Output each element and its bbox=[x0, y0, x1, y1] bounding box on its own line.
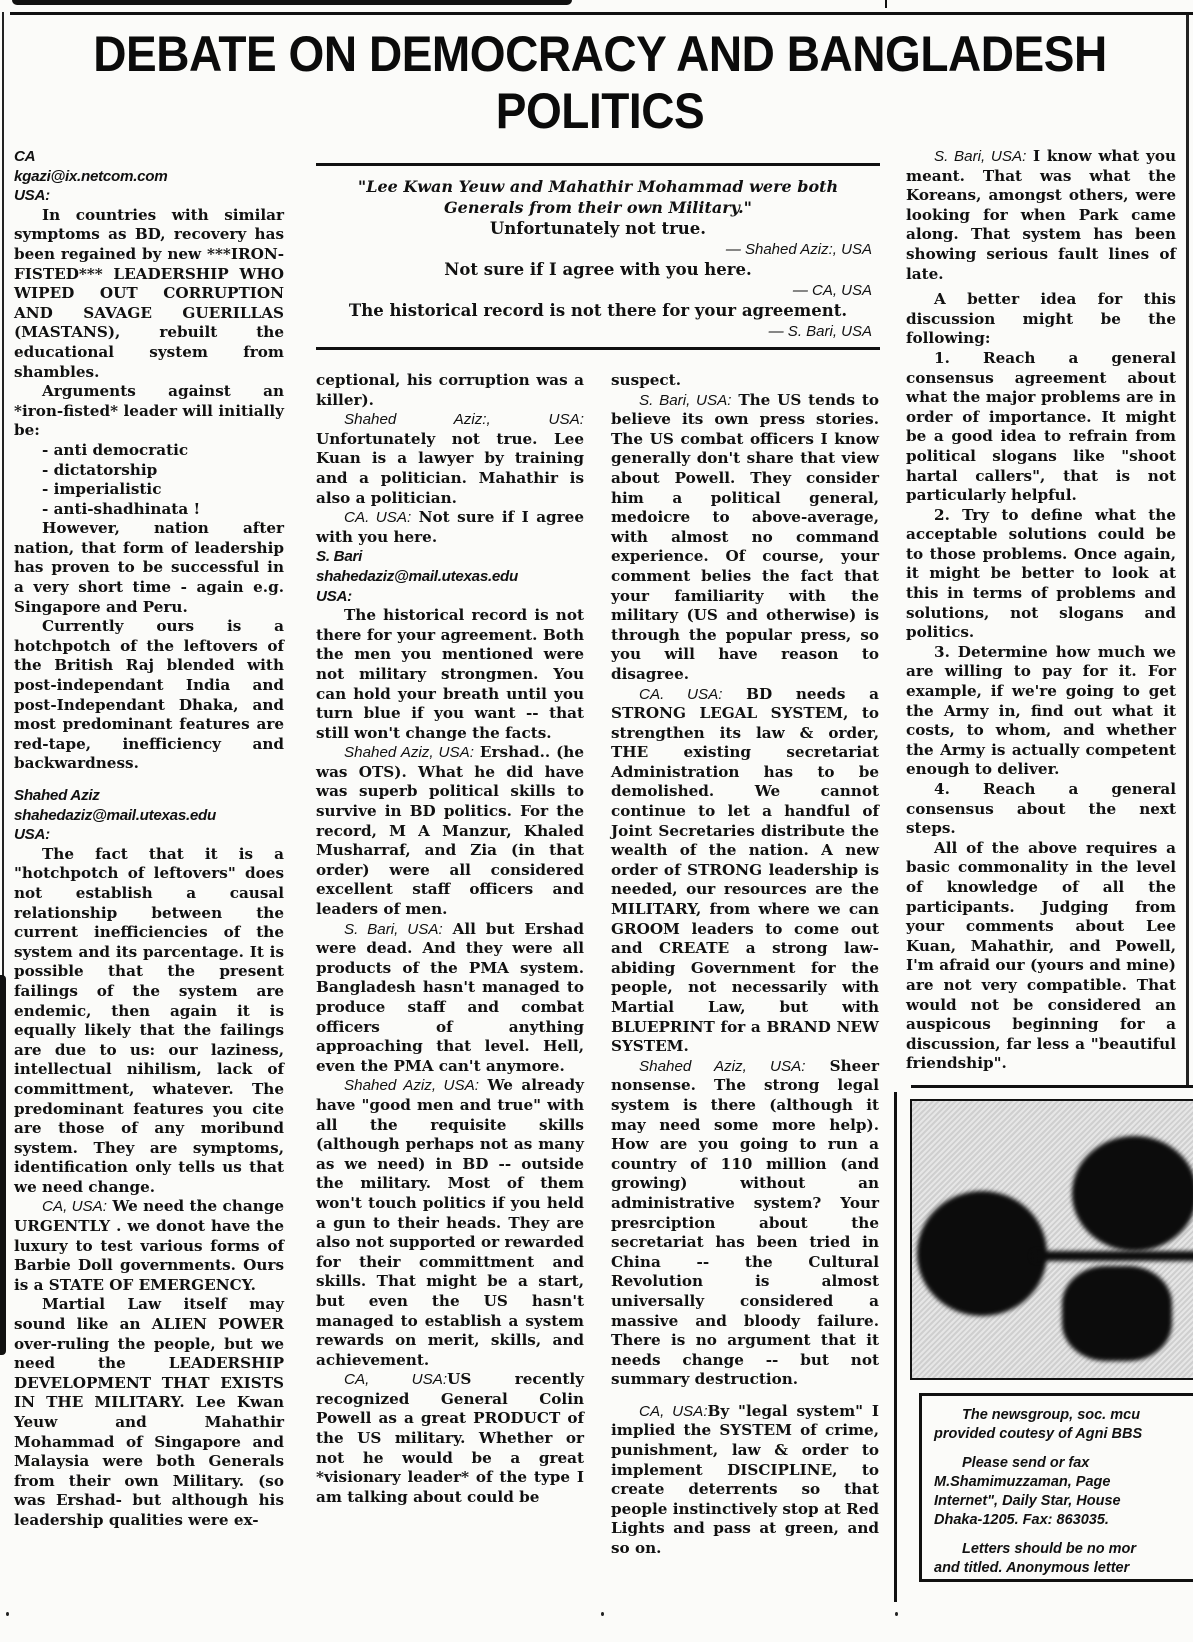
article-column-1: CA kgazi@ix.netcom.com USA: In countries… bbox=[14, 147, 284, 1531]
speaker-label: Shahed Aziz, USA: bbox=[344, 744, 474, 761]
print-speck bbox=[6, 1612, 9, 1616]
reply-text: Not sure if I agree with you here. bbox=[316, 259, 880, 281]
speaker-label: CA, USA: bbox=[42, 1198, 107, 1215]
headline-line-2: POLITICS bbox=[66, 83, 1133, 140]
paragraph: The historical record is not there for y… bbox=[316, 606, 584, 743]
photo-blob bbox=[1032, 1251, 1193, 1261]
speaker-label: Shahed Aziz:, USA: bbox=[344, 411, 584, 428]
byline-email: shahedaziz@mail.utexas.edu bbox=[14, 806, 284, 826]
byline-location: USA: bbox=[14, 186, 284, 206]
print-speck bbox=[601, 1612, 604, 1616]
left-border-bar bbox=[0, 975, 6, 1355]
notice-line: M.Shamimuzzaman, Page bbox=[934, 1473, 1193, 1492]
paragraph: CA, USA:By "legal system" I implied the … bbox=[611, 1402, 879, 1559]
byline-email: shahedaziz@mail.utexas.edu bbox=[316, 567, 584, 587]
speaker-label: CA, USA: bbox=[639, 1403, 708, 1420]
byline-name: CA bbox=[14, 147, 284, 167]
photo-blob bbox=[1062, 1266, 1172, 1361]
paragraph: The fact that it is a "hotchpotch of lef… bbox=[14, 845, 284, 1198]
decorative-tick bbox=[885, 0, 887, 8]
paragraph: Arguments against an *iron-fisted* leade… bbox=[14, 382, 284, 441]
list-item: 2. Try to define what the acceptable sol… bbox=[906, 506, 1176, 643]
pull-quote-bottom-rule bbox=[316, 347, 880, 350]
photo-top-rule bbox=[911, 1085, 1193, 1088]
halftone-photo bbox=[910, 1099, 1193, 1380]
pull-quote-text: "Lee Kwan Yeuw and Mahathir Mohammad wer… bbox=[316, 176, 880, 218]
paragraph: However, nation after nation, that form … bbox=[14, 519, 284, 617]
paragraph: CA. USA: Not sure if I agree with you he… bbox=[316, 508, 584, 547]
list-item: 1. Reach a general consensus agreement a… bbox=[906, 349, 1176, 506]
paragraph: Shahed Aziz, USA: Sheer nonsense. The st… bbox=[611, 1057, 879, 1390]
column-rule bbox=[894, 1092, 897, 1392]
paragraph: CA, USA:US recently recognized General C… bbox=[316, 1370, 584, 1507]
speaker-label: S. Bari, USA: bbox=[934, 148, 1026, 165]
paragraph: Martial Law itself may sound like an ALI… bbox=[14, 1295, 284, 1530]
byline-location: USA: bbox=[316, 587, 584, 607]
reply-attribution: — CA, USA bbox=[316, 281, 880, 300]
pull-quote: "Lee Kwan Yeuw and Mahathir Mohammad wer… bbox=[316, 163, 880, 350]
paragraph: S. Bari, USA: The US tends to believe it… bbox=[611, 391, 879, 685]
speaker-label: S. Bari, USA: bbox=[639, 392, 732, 409]
paragraph: In countries with similar symptoms as BD… bbox=[14, 206, 284, 382]
paragraph: All of the above requires a basic common… bbox=[906, 839, 1176, 1074]
notice-line: Internet", Daily Star, House bbox=[934, 1492, 1193, 1511]
column-rule bbox=[894, 1392, 897, 1602]
pull-quote-top-rule bbox=[316, 163, 880, 166]
paragraph: Currently ours is a hotchpotch of the le… bbox=[14, 617, 284, 774]
paragraph: S. Bari, USA: I know what you meant. Tha… bbox=[906, 147, 1176, 284]
paragraph: ceptional, his corruption was a killer). bbox=[316, 371, 584, 410]
left-border-rule bbox=[2, 12, 4, 982]
notice-line: and titled. Anonymous letter bbox=[934, 1559, 1193, 1578]
speaker-label: CA, USA: bbox=[344, 1371, 447, 1388]
reply-text: Unfortunately not true. bbox=[316, 218, 880, 240]
list-item: 3. Determine how much we are willing to … bbox=[906, 643, 1176, 780]
paragraph: Shahed Aziz:, USA: Unfortunately not tru… bbox=[316, 410, 584, 508]
reply-text: The historical record is not there for y… bbox=[316, 300, 880, 322]
page-title: DEBATE ON DEMOCRACY AND BANGLADESH POLIT… bbox=[66, 26, 1133, 140]
speaker-label: S. Bari, USA: bbox=[344, 921, 443, 938]
list-item: - imperialistic bbox=[14, 480, 284, 500]
article-column-2: ceptional, his corruption was a killer).… bbox=[316, 371, 584, 1507]
article-column-3: suspect. S. Bari, USA: The US tends to b… bbox=[611, 371, 879, 1559]
paragraph: CA. USA: BD needs a STRONG LEGAL SYSTEM,… bbox=[611, 685, 879, 1057]
paragraph: A better idea for this discussion might … bbox=[906, 290, 1176, 349]
top-rule bbox=[10, 12, 1193, 15]
notice-line: Please send or fax bbox=[934, 1454, 1193, 1473]
byline-name: Shahed Aziz bbox=[14, 786, 284, 806]
paragraph: Shahed Aziz, USA: Ershad.. (he was OTS).… bbox=[316, 743, 584, 919]
notice-line: The newsgroup, soc. mcu bbox=[934, 1406, 1193, 1425]
paragraph: CA, USA: We need the change URGENTLY . w… bbox=[14, 1197, 284, 1295]
byline-name: S. Bari bbox=[316, 547, 584, 567]
list-item: - dictatorship bbox=[14, 461, 284, 481]
submission-notice: The newsgroup, soc. mcu provided coutesy… bbox=[919, 1393, 1193, 1582]
print-speck bbox=[895, 1612, 898, 1616]
reply-attribution: — S. Bari, USA bbox=[316, 322, 880, 341]
paragraph: Shahed Aziz, USA: We already have "good … bbox=[316, 1076, 584, 1370]
speaker-label: CA. USA: bbox=[639, 686, 722, 703]
photo-blob bbox=[1072, 1136, 1193, 1251]
list-item: - anti-shadhinata ! bbox=[14, 500, 284, 520]
notice-line: provided coutesy of Agni BBS bbox=[934, 1425, 1193, 1444]
speaker-label: Shahed Aziz, USA: bbox=[639, 1058, 805, 1075]
right-border-rule bbox=[1186, 15, 1189, 1085]
byline-email: kgazi@ix.netcom.com bbox=[14, 167, 284, 187]
byline-location: USA: bbox=[14, 825, 284, 845]
decorative-bar bbox=[12, 0, 572, 5]
paragraph: suspect. bbox=[611, 371, 879, 391]
paragraph: S. Bari, USA: All but Ershad were dead. … bbox=[316, 920, 584, 1077]
speaker-label: CA. USA: bbox=[344, 509, 411, 526]
list-item: 4. Reach a general consensus about the n… bbox=[906, 780, 1176, 839]
article-column-4: S. Bari, USA: I know what you meant. Tha… bbox=[906, 147, 1176, 1074]
photo-blob bbox=[917, 1191, 1047, 1316]
notice-line: Letters should be no mor bbox=[934, 1540, 1193, 1559]
reply-attribution: — Shahed Aziz:, USA bbox=[316, 240, 880, 259]
headline-line-1: DEBATE ON DEMOCRACY AND BANGLADESH bbox=[66, 26, 1133, 83]
notice-line: Dhaka-1205. Fax: 863035. bbox=[934, 1511, 1193, 1530]
list-item: - anti democratic bbox=[14, 441, 284, 461]
speaker-label: Shahed Aziz, USA: bbox=[344, 1077, 479, 1094]
